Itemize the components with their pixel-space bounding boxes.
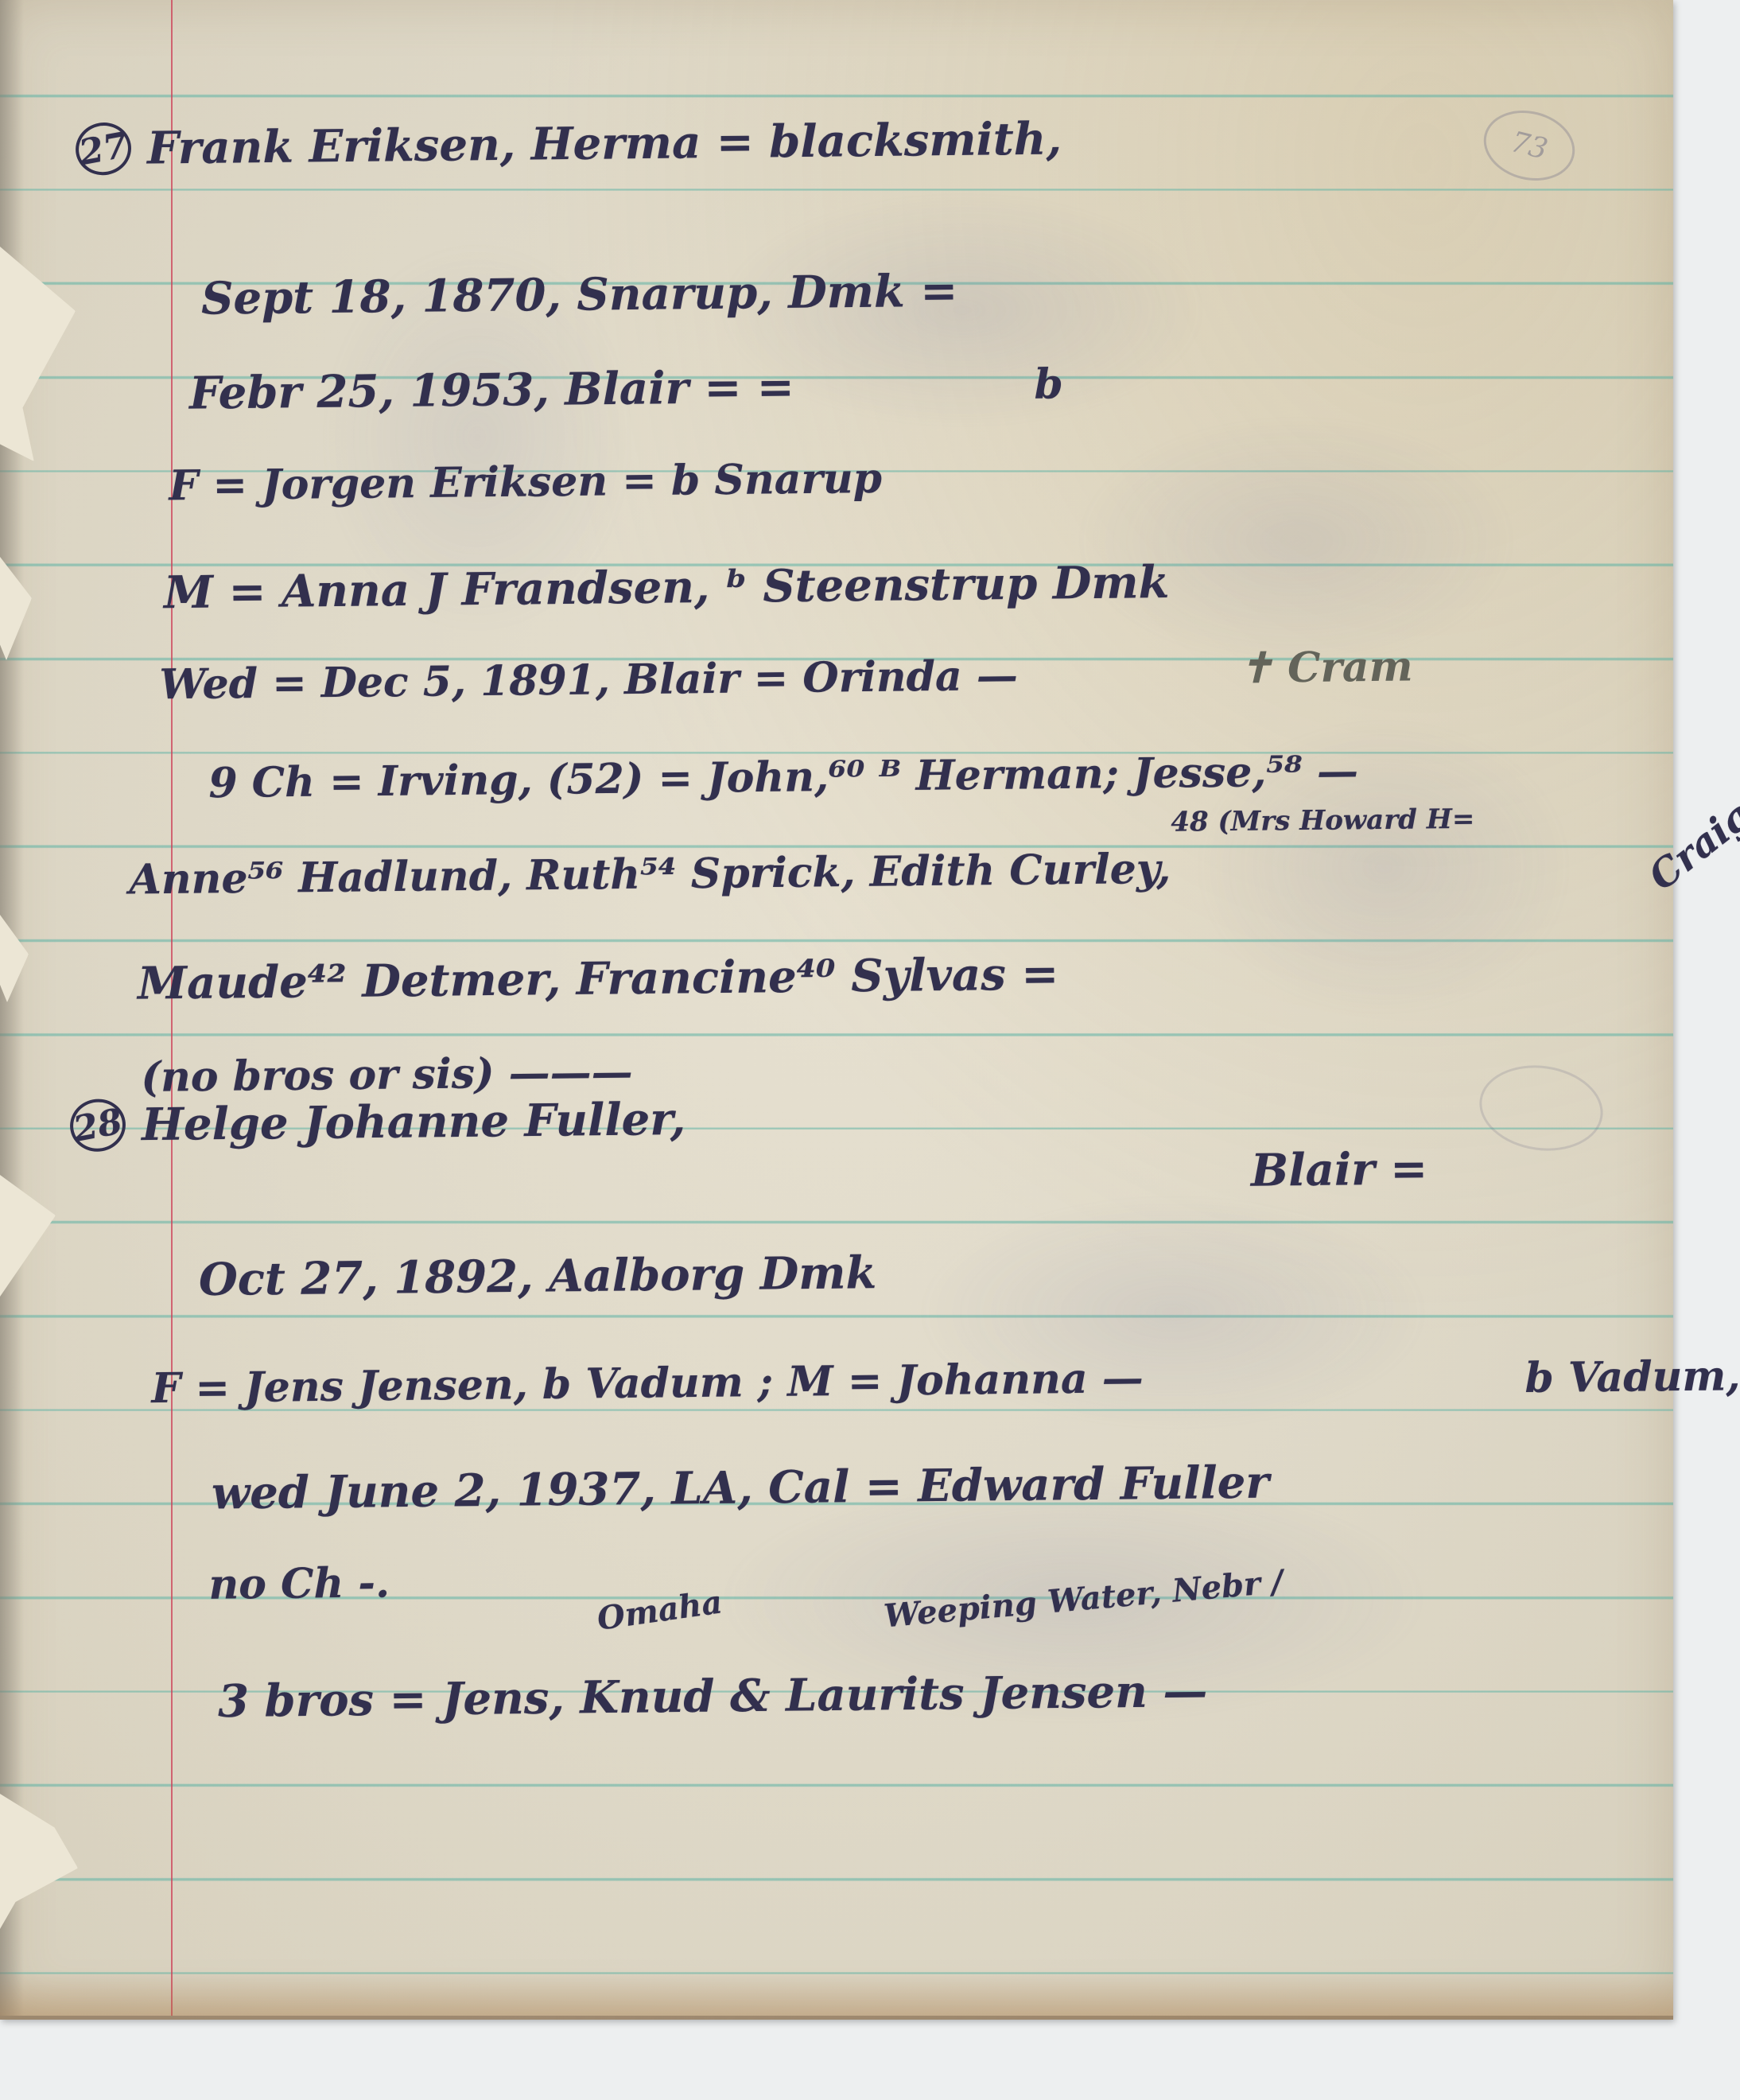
handwriting-annotation: b Vadum, [1466,1303,1740,1452]
notebook-paper: 73 27 Frank Eriksen, Herma = blacksmith,… [0,0,1673,2020]
entry28-line3-right: b Vadum, [1524,1351,1740,1402]
entry28-line1-right: Blair = [1251,1142,1428,1196]
entry27-line1: Frank Eriksen, Herma = blacksmith, [147,113,1062,175]
superscript-annotation: 48 (Mrs Howard H= [1132,772,1475,870]
handwriting-line: 3 bros = Jens, Knud & Laurits Jensen — [155,1612,1208,1781]
entry-number-badge: 28 [66,1095,130,1157]
entry27-line6-pencil: ✝ Cram [1238,642,1413,692]
entry27-line8-superscript: 48 (Mrs Howard H= [1171,803,1474,838]
entry28-line5: no Ch -. [208,1558,390,1608]
entry27-line6: Wed = Dec 5, 1891, Blair = Orinda — [159,651,1018,709]
entry27-line8-margin: Craig [1641,792,1740,899]
entry27-line3-right: b [1034,360,1063,408]
handwriting-line: 28 Helge Johanne Fuller, [70,1093,686,1152]
entry28-line6: 3 bros = Jens, Knud & Laurits Jensen — [218,1665,1208,1728]
bottom-edge-browning [0,1972,1673,2016]
entry28-line1: Helge Johanne Fuller, [142,1093,686,1151]
entry27-line4: F = Jorgen Eriksen = b Snarup [169,454,882,510]
handwriting-line: 27 Frank Eriksen, Herma = blacksmith, [76,113,1062,176]
entry-number-badge: 27 [72,118,136,180]
handwriting-annotation: b [976,311,1064,457]
scanned-notebook-page: { "document": { "kind": "handwritten gen… [0,0,1740,2100]
handwriting-annotation: Blair = [1188,1090,1428,1250]
entry-number: 28 [70,1101,126,1149]
entry28-line2: Oct 27, 1892, Aalborg Dmk [199,1246,877,1306]
entry-number: 27 [76,124,131,173]
entry28-line3: F = Jens Jensen, b Vadum ; M = Johanna — [151,1354,1144,1413]
faint-stamp-number: 73 [1508,126,1551,166]
